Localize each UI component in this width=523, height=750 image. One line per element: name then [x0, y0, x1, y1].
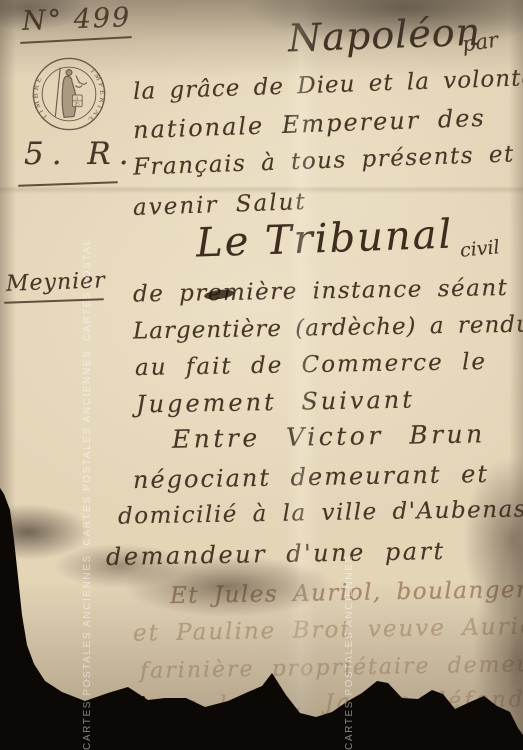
svg-text:TIMBRE: TIMBRE [31, 73, 50, 122]
stamp-text-timbre: TIMBRE [31, 73, 50, 122]
doc-number: N° 499 [21, 2, 131, 37]
justice-figure-icon [55, 68, 86, 118]
watermark-strip-middle: CARTES POSTALES ANCIENNES CARTES POSTALE… [344, 556, 358, 750]
stamp-denomination: 1 25 [72, 95, 82, 108]
scanned-manuscript-page: N° 499 TIMBRE IMPERIAL [0, 0, 523, 750]
ink-speck [126, 692, 132, 699]
line-entre: Entre Victor Brun [172, 419, 486, 453]
line-tribunal-civil: civil [459, 236, 500, 261]
watermark-text: CARTES POSTALES ANCIENNES [82, 350, 93, 546]
heading-par: par [461, 28, 500, 57]
paper-sheet: N° 499 TIMBRE IMPERIAL [0, 0, 523, 750]
watermark-text: CARTES POSTALES ANCIENNES [344, 556, 355, 750]
revenue-mark: 5. R. [24, 136, 137, 172]
line-tribunal: Le Tribunal [195, 212, 454, 267]
stamp-denom-bottom: 25 [75, 103, 80, 108]
watermark-strip-left: CARTES POSTALES ANCIENNES CARTES POSTALE… [82, 240, 96, 750]
imperial-stamp: TIMBRE IMPERIAL 1 25 [30, 55, 108, 133]
watermark-text: CARTES POSTALES ANCIENNES [82, 554, 93, 750]
line-demandeur: demandeur d'une part [106, 537, 446, 571]
watermark-text: CARTES POSTALES ANCIENNES [82, 240, 93, 341]
heading-napoleon: Napoléon [287, 10, 482, 61]
line-jugement: Jugement Suivant [136, 386, 415, 419]
ink-speck [141, 696, 145, 700]
